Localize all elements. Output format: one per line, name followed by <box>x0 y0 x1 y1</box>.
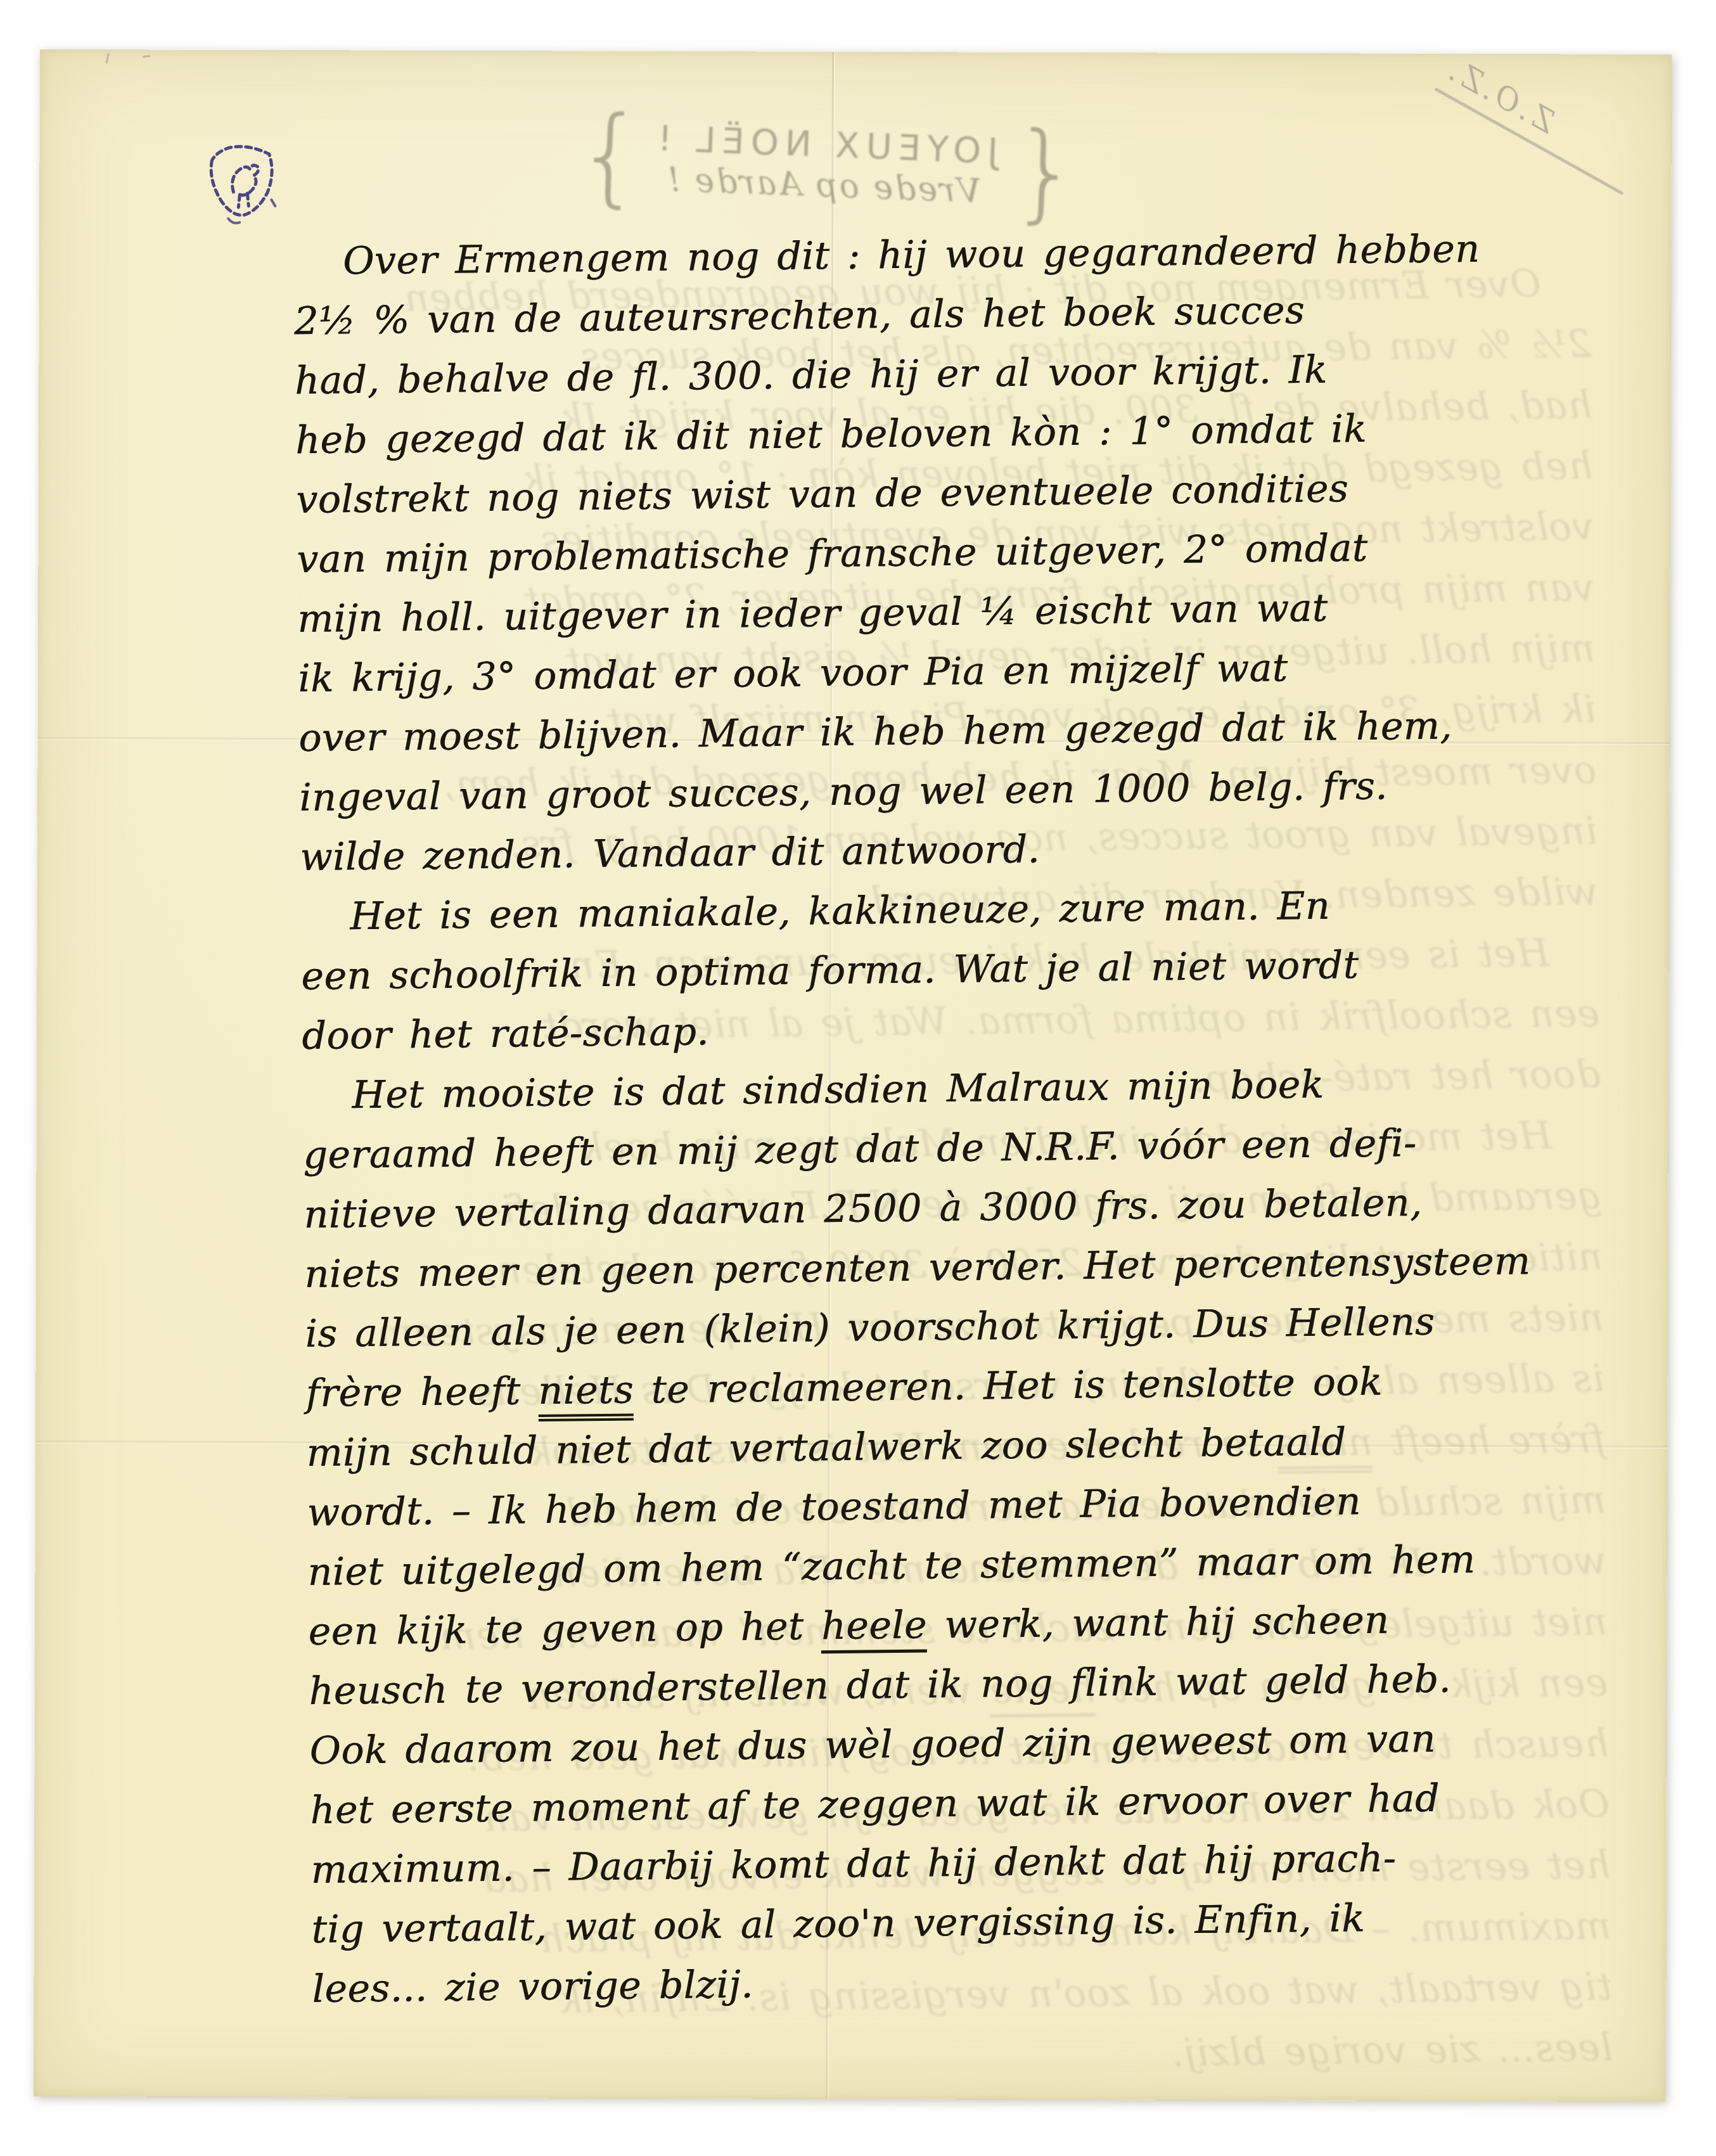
scan-background: { "document": { "kind": "handwritten let… <box>0 0 1716 2156</box>
letter-text-segment: werk, want hij scheen <box>926 1598 1389 1648</box>
letter-text-segment: maximum. – Daarbij komt dat hij denkt da… <box>311 1836 1396 1892</box>
letter-text-segment: door het raté-schap. <box>302 1010 709 1058</box>
letter-line: lees... zie vorige blzij. <box>269 2017 1613 2095</box>
letter-text-segment: een schoolfrik in optima forma. Wat je a… <box>301 943 1359 999</box>
letter-text-segment: geraamd heeft en mij zegt dat de N.R.F. … <box>303 1121 1417 1177</box>
letter-text-segment: Over Ermengem nog dit : hij wou gegarand… <box>343 227 1480 283</box>
letter-paper: Over Ermengem nog dit : hij wou gegarand… <box>34 49 1672 2101</box>
letter-text-segment: heb gezegd dat ik dit niet beloven kòn :… <box>295 407 1367 463</box>
bleedthrough-greeting: { JOYEUX NOËL ! Vrede op Aarde ! } <box>570 101 1078 228</box>
letter-text-segment: Ook daarom zou het dus wèl goed zijn gew… <box>309 1717 1436 1773</box>
letter-text-segment: mijn schuld niet dat vertaalwerk zoo sle… <box>306 1420 1347 1475</box>
letter-text-segment: had, behalve de fl. 300. die hij er al v… <box>295 348 1328 404</box>
letter-text-segment: tig vertaalt, wat ook al zoo'n vergissin… <box>311 1896 1365 1952</box>
letter-text-segment: te reclameeren. Het is tenslotte ook <box>633 1360 1382 1413</box>
letter-text-segment: wilde zenden. Vandaar dit antwoord. <box>300 827 1040 880</box>
pencil-tick-mark <box>105 53 109 63</box>
letter-text-segment: van mijn problematische fransche uitgeve… <box>297 526 1368 582</box>
stamp-shield-outline <box>211 146 272 215</box>
zoz-note: Z.O.Z. <box>1434 51 1655 202</box>
underlined-word: niets <box>538 1368 634 1421</box>
letter-text-segment: niet uitgelegd om hem “zacht te stemmen”… <box>307 1537 1475 1595</box>
letter-text-segment: 2½ % van de auteursrechten, als het boek… <box>294 288 1305 343</box>
stamp-bird-body <box>233 165 259 195</box>
letter-text-segment: een kijk te geven op het <box>308 1604 821 1654</box>
letter-text-segment: is alleen als je een (klein) voorschot k… <box>305 1300 1435 1356</box>
letter-text-segment: nitieve vertaling daarvan 2500 à 3000 fr… <box>304 1181 1423 1237</box>
stamp-smudge-dot <box>271 200 275 206</box>
greeting-brace-left: { <box>1005 117 1078 228</box>
letter-text-segment: volstrekt nog niets wist van de eventuee… <box>296 466 1349 522</box>
stamp-smudge <box>228 219 240 223</box>
letter-text-segment: heusch te veronderstellen dat ik nog fli… <box>309 1657 1451 1714</box>
letter-text-segment: niets meer en geen percenten verder. Het… <box>304 1239 1531 1297</box>
letter-text-segment: ik krijg, 3° omdat er ook voor Pia en mi… <box>298 646 1288 701</box>
greeting-lines: JOYEUX NOËL ! Vrede op Aarde ! <box>649 117 999 211</box>
letter-text-segment: mijn holl. uitgever in ieder geval ¼ eis… <box>297 586 1328 642</box>
letter-text-segment: ingeval van groot succes, nog wel een 10… <box>299 764 1388 821</box>
greeting-brace-right: } <box>570 101 643 211</box>
letter-text-segment: over moest blijven. Maar ik heb hem geze… <box>298 703 1452 760</box>
shield-bird-ink-stamp <box>203 139 284 228</box>
underlined-word: heele <box>821 1603 928 1653</box>
pencil-tick-mark <box>143 55 150 58</box>
letter-text-segment: lees... zie vorige blzij. <box>1171 2025 1613 2076</box>
letter-body: Over Ermengem nog dit : hij wou gegarand… <box>293 217 1656 2019</box>
letter-text-segment: frère heeft <box>305 1369 538 1416</box>
letter-text-segment: het eerste moment af te zeggen wat ik er… <box>310 1776 1440 1833</box>
letter-text-segment: Het is een maniakale, kakkineuze, zure m… <box>350 884 1330 939</box>
letter-text-segment: wordt. – Ik heb hem de toestand met Pia … <box>307 1479 1361 1535</box>
letter-text-segment: Het mooiste is dat sindsdien Malraux mij… <box>352 1063 1324 1118</box>
letter-text-segment: lees... zie vorige blzij. <box>312 1962 753 2012</box>
